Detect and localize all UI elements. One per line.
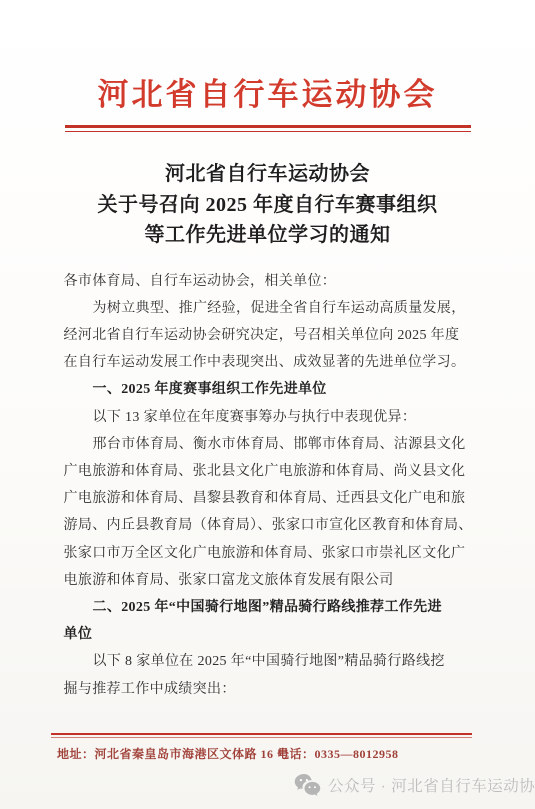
- body-line: 广电旅游和体育局、昌黎县教育和体育局、迁西县文化广电和旅: [64, 485, 472, 512]
- doc-title-line: 关于号召向 2025 年度自行车赛事组织: [0, 190, 535, 221]
- notice-body: 各市体育局、自行车运动协会，相关单位：为树立典型、推广经验，促进全省自行车运动高…: [64, 268, 472, 703]
- wechat-watermark: 公众号 · 河北省自行车运动协会: [294, 773, 535, 796]
- phone-text: 电话：0335—8012958: [277, 745, 399, 762]
- footer: 地址：河北省秦皇岛市海港区文体路 16 号 电话：0335—8012958: [51, 733, 472, 762]
- body-line: 二、2025 年“中国骑行地图”精品骑行路线推荐工作先进: [64, 594, 472, 621]
- body-line: 掘与推荐工作中成绩突出：: [64, 676, 472, 703]
- body-line: 游局、内丘县教育局（体育局）、张家口市宣化区教育和体育局、: [64, 512, 472, 539]
- notice-document: 河北省自行车运动协会 河北省自行车运动协会关于号召向 2025 年度自行车赛事组…: [0, 0, 535, 809]
- body-line: 在自行车运动发展工作中表现突出、成效显著的先进单位学习。: [64, 349, 472, 376]
- wechat-icon: [294, 773, 321, 796]
- footer-divider: [51, 733, 472, 738]
- body-line: 电旅游和体育局、张家口富龙文旅体育发展有限公司: [64, 567, 472, 594]
- body-line: 为树立典型、推广经验，促进全省自行车运动高质量发展，: [64, 295, 472, 322]
- body-line: 以下 13 家单位在年度赛事筹办与执行中表现优异：: [64, 404, 472, 431]
- doc-title-line: 河北省自行车运动协会: [0, 159, 535, 190]
- footer-contact-row: 地址：河北省秦皇岛市海港区文体路 16 号 电话：0335—8012958: [51, 745, 472, 762]
- body-line: 邢台市体育局、衡水市体育局、邯郸市体育局、沽源县文化: [64, 431, 472, 458]
- letterhead-divider: [65, 125, 471, 132]
- watermark-text: 公众号 · 河北省自行车运动协会: [328, 774, 535, 796]
- body-line: 张家口市万全区文化广电旅游和体育局、张家口市崇礼区文化广: [64, 540, 472, 567]
- org-letterhead-title: 河北省自行车运动协会: [0, 0, 535, 112]
- body-line: 各市体育局、自行车运动协会，相关单位：: [64, 268, 472, 295]
- body-line: 广电旅游和体育局、张北县文化广电旅游和体育局、尚义县文化: [64, 458, 472, 485]
- doc-title-line: 等工作先进单位学习的通知: [0, 220, 535, 251]
- address-text: 地址：河北省秦皇岛市海港区文体路 16 号: [57, 747, 290, 761]
- body-line: 经河北省自行车运动协会研究决定，号召相关单位向 2025 年度: [64, 322, 472, 349]
- body-line: 一、2025 年度赛事组织工作先进单位: [64, 376, 472, 403]
- body-line: 以下 8 家单位在 2025 年“中国骑行地图”精品骑行路线挖: [64, 648, 472, 675]
- doc-title: 河北省自行车运动协会关于号召向 2025 年度自行车赛事组织等工作先进单位学习的…: [0, 159, 535, 251]
- body-line: 单位: [64, 621, 472, 648]
